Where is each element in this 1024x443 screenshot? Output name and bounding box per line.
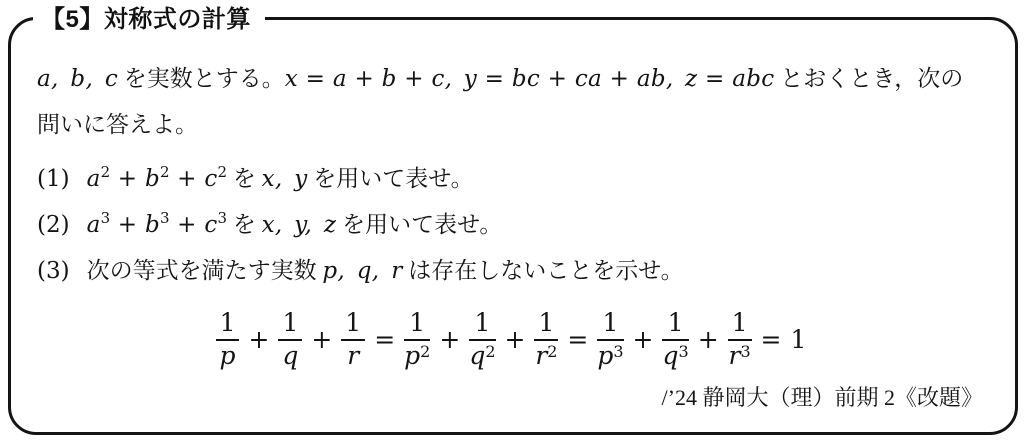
math-text: + c (170, 166, 218, 192)
fraction-numerator: 1 (662, 310, 688, 341)
japanese-text (452, 66, 464, 91)
fraction-numerator: 1 (469, 310, 495, 341)
plus-sign: + (633, 306, 654, 374)
japanese-text: を (227, 166, 262, 191)
problem-item-3: (3)次の等式を満たす実数 p, q, r は存在しないことを示せ。 (37, 248, 985, 294)
math-text: x, y, z (262, 212, 337, 238)
japanese-text: を用いて表せ。 (308, 166, 474, 191)
japanese-text: を (227, 212, 262, 237)
problem-item-list: (1)a2 + b2 + c2 を x, y を用いて表せ。 (2)a3 + b… (37, 156, 985, 294)
fraction-denominator: r (341, 341, 365, 369)
denominator-variable: q (662, 341, 678, 370)
item-number: (1) (37, 166, 70, 192)
denominator-variable: q (282, 341, 298, 370)
denominator-variable: p (404, 341, 420, 370)
equation-result: 1 (791, 306, 807, 374)
problem-item-2: (2)a3 + b3 + c3 を x, y, z を用いて表せ。 (37, 202, 985, 248)
fraction-numerator: 1 (597, 310, 623, 341)
denominator-exponent: 2 (547, 342, 557, 361)
equals-sign: = (761, 306, 782, 374)
fraction-denominator: r3 (728, 341, 752, 369)
math-text: a, b, c (37, 66, 118, 92)
denominator-variable: q (469, 341, 485, 370)
denominator-variable: r (535, 341, 547, 370)
denominator-exponent: 3 (679, 342, 689, 361)
math-text: y = bc + ca + ab, (464, 66, 674, 92)
fraction-denominator: p (216, 341, 240, 369)
denominator-variable: p (220, 341, 236, 370)
fraction: 1p2 (404, 310, 430, 370)
fraction: 1q3 (662, 310, 688, 370)
fraction: 1r3 (728, 310, 752, 370)
fraction: 1q2 (469, 310, 495, 370)
fraction-denominator: p2 (404, 341, 430, 369)
fraction: 1r (341, 310, 365, 370)
item-number: (3) (37, 258, 70, 284)
fraction: 1r2 (534, 310, 558, 370)
problem-intro: a, b, c を実数とする。x = a + b + c, y = bc + c… (37, 56, 985, 147)
math-text: p, q, r (322, 258, 402, 284)
item-text: a3 + b3 + c3 を x, y, z を用いて表せ。 (87, 212, 503, 237)
plus-sign: + (698, 306, 719, 374)
exponent: 2 (160, 163, 170, 181)
item-text: 次の等式を満たす実数 p, q, r は存在しないことを示せ。 (87, 258, 684, 283)
exponent: 3 (101, 209, 111, 227)
denominator-exponent: 3 (740, 342, 750, 361)
denominator-variable: p (597, 341, 613, 370)
denominator-exponent: 2 (485, 342, 495, 361)
japanese-text: 次の等式を満たす実数 (87, 258, 323, 283)
item-text: a2 + b2 + c2 を x, y を用いて表せ。 (87, 166, 474, 191)
denominator-exponent: 3 (613, 342, 623, 361)
math-text: + b (110, 212, 160, 238)
denominator-variable: r (729, 341, 741, 370)
fraction-numerator: 1 (728, 310, 752, 341)
source-attribution: /’24 静岡大（理）前期 2《改題》 (37, 381, 985, 415)
math-text: + c (170, 212, 218, 238)
denominator-variable: r (347, 341, 359, 370)
fraction-numerator: 1 (216, 310, 240, 341)
japanese-text (674, 66, 686, 91)
exponent: 3 (218, 209, 228, 227)
math-text: x, y (262, 166, 308, 192)
equation-line: 1p+1q+1r=1p2+1q2+1r2=1p3+1q3+1r3=1 (216, 326, 807, 355)
fraction-numerator: 1 (341, 310, 365, 341)
japanese-text: は存在しないことを示せ。 (403, 258, 684, 283)
japanese-text: を用いて表せ。 (336, 212, 502, 237)
fraction-denominator: q2 (469, 341, 495, 369)
exponent: 3 (160, 209, 170, 227)
japanese-text: を実数とする。 (118, 66, 285, 91)
fraction-numerator: 1 (404, 310, 430, 341)
fraction-numerator: 1 (278, 310, 302, 341)
fraction: 1p (216, 310, 240, 370)
plus-sign: + (248, 306, 269, 374)
fraction-denominator: q (278, 341, 302, 369)
problem-box: 【5】対称式の計算 a, b, c を実数とする。x = a + b + c, … (8, 17, 1018, 435)
math-text: a (87, 166, 101, 192)
fraction-numerator: 1 (534, 310, 558, 341)
fraction: 1q (278, 310, 302, 370)
equals-sign: = (567, 306, 588, 374)
fraction-denominator: r2 (534, 341, 558, 369)
equation-block: 1p+1q+1r=1p2+1q2+1r2=1p3+1q3+1r3=1 (37, 307, 985, 375)
fraction-denominator: p3 (597, 341, 623, 369)
problem-content: a, b, c を実数とする。x = a + b + c, y = bc + c… (11, 20, 1015, 432)
item-number: (2) (37, 212, 70, 238)
math-text: z = abc (685, 66, 774, 92)
math-text: a (87, 212, 101, 238)
exponent: 2 (101, 163, 111, 181)
fraction-denominator: q3 (662, 341, 688, 369)
equals-sign: = (374, 306, 395, 374)
denominator-exponent: 2 (420, 342, 430, 361)
plus-sign: + (439, 306, 460, 374)
plus-sign: + (505, 306, 526, 374)
exponent: 2 (218, 163, 228, 181)
math-text: x = a + b + c, (285, 66, 452, 92)
problem-item-1: (1)a2 + b2 + c2 を x, y を用いて表せ。 (37, 156, 985, 202)
fraction: 1p3 (597, 310, 623, 370)
plus-sign: + (311, 306, 332, 374)
math-text: + b (110, 166, 160, 192)
